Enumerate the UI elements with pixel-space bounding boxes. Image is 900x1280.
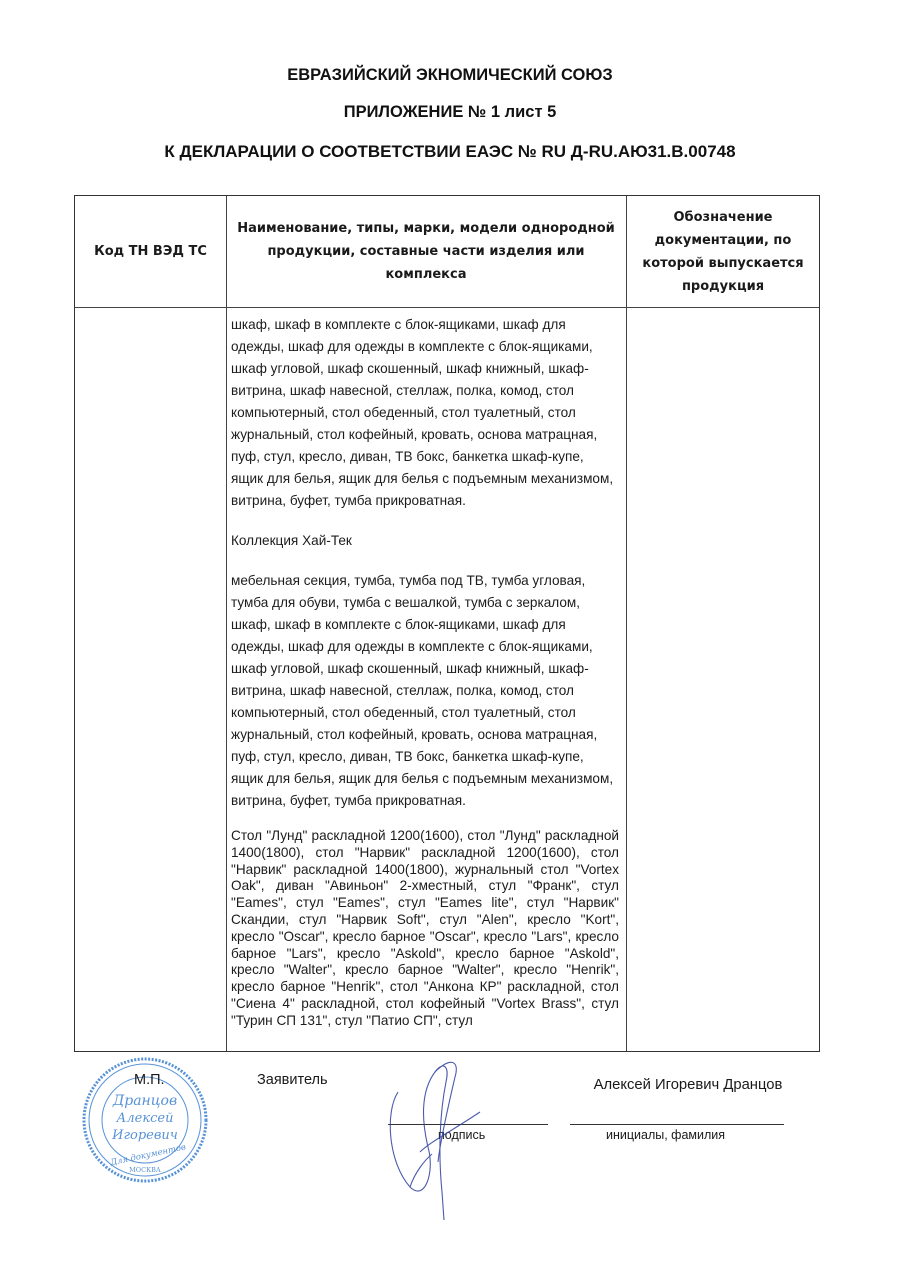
declaration-title: К ДЕКЛАРАЦИИ О СООТВЕТСТВИИ ЕАЭС № RU Д-… bbox=[0, 142, 900, 162]
column-header-documentation-label: Обозначение документации, по которой вып… bbox=[640, 206, 806, 298]
column-header-documentation: Обозначение документации, по которой вып… bbox=[626, 196, 820, 307]
header-divider bbox=[75, 307, 819, 308]
svg-text:Дранцов: Дранцов bbox=[112, 1093, 177, 1109]
column-header-products-label: Наименование, типы, марки, модели одноро… bbox=[236, 217, 616, 286]
column-header-code-label: Код ТН ВЭД ТС bbox=[94, 240, 207, 263]
products-cell: шкаф, шкаф в комплекте с блок-ящиками, ш… bbox=[231, 314, 619, 1030]
column-divider bbox=[626, 196, 627, 1051]
appendix-title: ПРИЛОЖЕНИЕ № 1 лист 5 bbox=[0, 103, 900, 122]
seal-label: М.П. bbox=[134, 1072, 165, 1088]
svg-text:Для документов: Для документов bbox=[108, 1142, 186, 1168]
applicant-label: Заявитель bbox=[257, 1072, 328, 1088]
svg-text:МОСКВА: МОСКВА bbox=[129, 1166, 161, 1174]
handwritten-signature bbox=[380, 1052, 490, 1222]
name-caption: инициалы, фамилия bbox=[606, 1128, 725, 1142]
collection-products-paragraph: мебельная секция, тумба, тумба под ТВ, т… bbox=[231, 570, 619, 812]
products-table: Код ТН ВЭД ТС Наименование, типы, марки,… bbox=[74, 195, 820, 1052]
svg-text:Алексей: Алексей bbox=[116, 1111, 174, 1126]
column-header-code: Код ТН ВЭД ТС bbox=[75, 196, 226, 307]
column-divider bbox=[226, 196, 227, 1051]
name-line bbox=[570, 1124, 784, 1125]
column-header-products: Наименование, типы, марки, модели одноро… bbox=[226, 196, 626, 307]
signer-name: Алексей Игоревич Дранцов bbox=[566, 1075, 810, 1095]
collection-title: Коллекция Хай-Тек bbox=[231, 530, 619, 552]
union-title: ЕВРАЗИЙСКИЙ ЭКНОМИЧЕСКИЙ СОЮЗ bbox=[0, 66, 900, 85]
models-paragraph: Стол "Лунд" раскладной 1200(1600), стол … bbox=[231, 828, 619, 1030]
products-paragraph: шкаф, шкаф в комплекте с блок-ящиками, ш… bbox=[231, 314, 619, 512]
svg-text:Игоревич: Игоревич bbox=[111, 1128, 178, 1143]
